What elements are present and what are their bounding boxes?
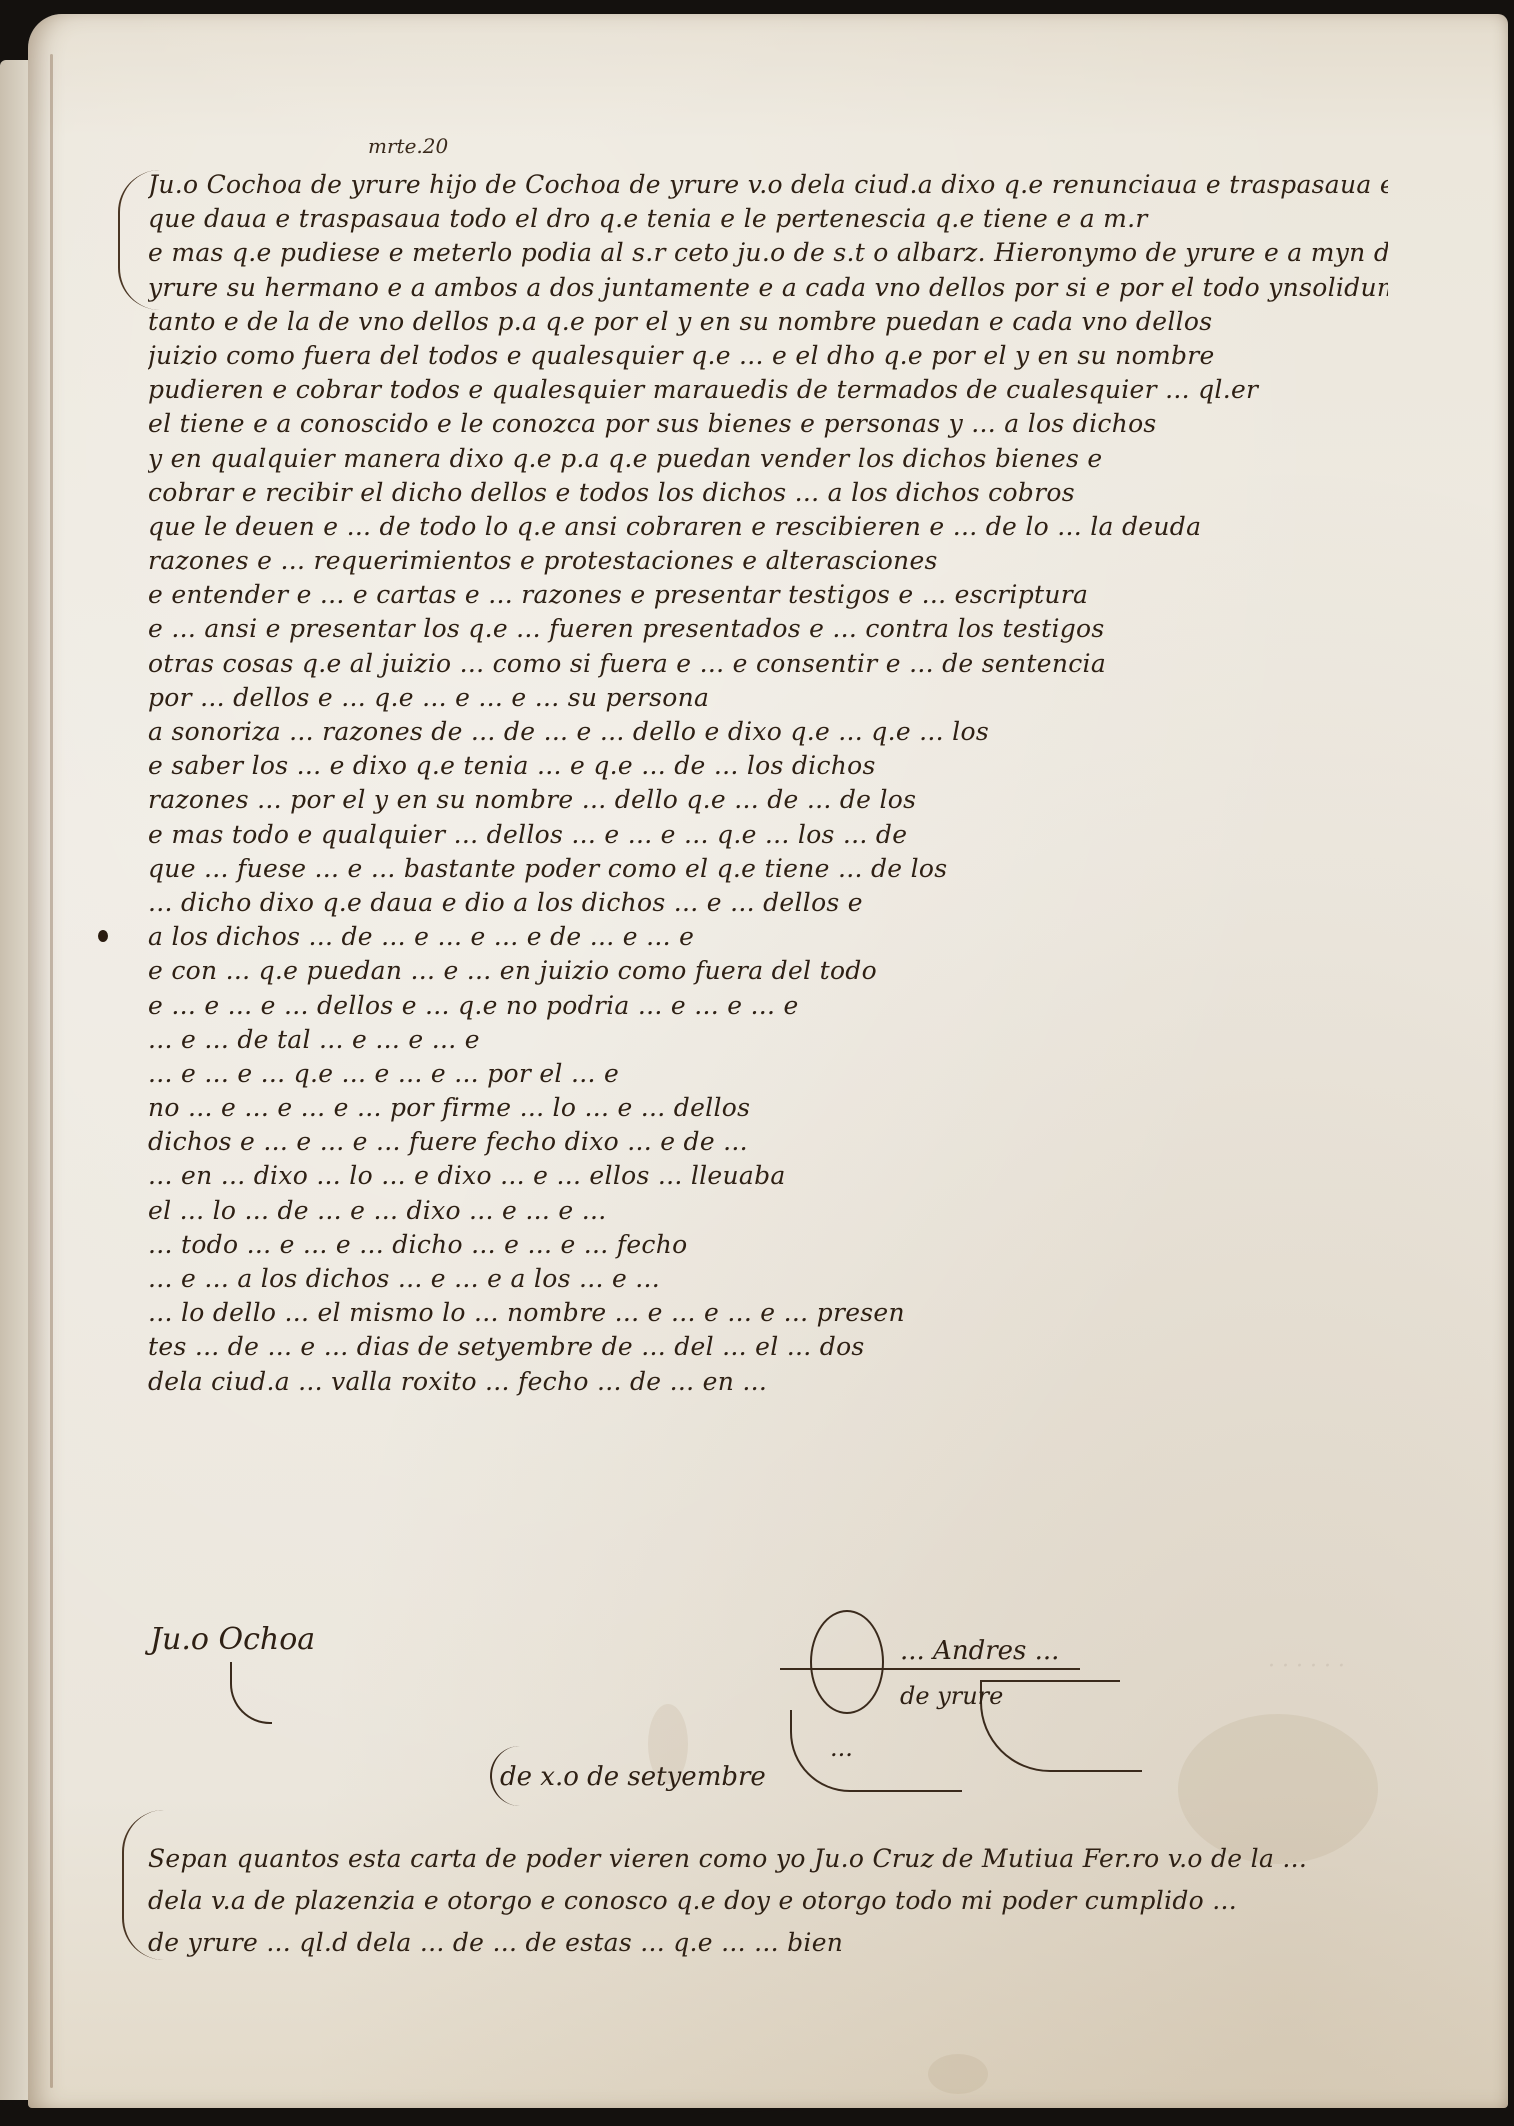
text-line: Sepan quantos esta carta de poder vieren… [148,1838,1388,1880]
text-line: tes ... de ... e ... dias de setyembre d… [148,1330,1388,1364]
text-line: dichos e ... e ... e ... fuere fecho dix… [148,1125,1388,1159]
text-line: el tiene e a conoscido e le conozca por … [148,407,1388,441]
text-line: pudieren e cobrar todos e qualesquier ma… [148,373,1388,407]
signature-right-line2: de yrure [900,1682,1003,1710]
text-line: ... e ... a los dichos ... e ... e a los… [148,1262,1388,1296]
signature-left: Ju.o Ochoa [150,1622,315,1657]
text-line: ... en ... dixo ... lo ... e dixo ... e … [148,1159,1388,1193]
closing-text-block: Sepan quantos esta carta de poder vieren… [148,1838,1388,1964]
text-line: a sonoriza ... razones de ... de ... e .… [148,715,1388,749]
text-line: razones e ... requerimientos e protestac… [148,544,1388,578]
text-line: Ju.o Cochoa de yrure hijo de Cochoa de y… [148,168,1388,202]
ink-blot [98,930,108,942]
date-heading-text: de x.o de setyembre [500,1762,766,1792]
text-line: e saber los ... e dixo q.e tenia ... e q… [148,749,1388,783]
text-line: dela ciud.a ... valla roxito ... fecho .… [148,1365,1388,1399]
text-line: yrure su hermano e a ambos a dos juntame… [148,271,1388,305]
signature-right-rubric: ... Andres ... de yrure ... [780,1600,1200,1800]
text-line: ... e ... de tal ... e ... e ... e [148,1023,1388,1057]
text-line: otras cosas q.e al juizio ... como si fu… [148,647,1388,681]
rubric-flourish [980,1680,1142,1772]
marginal-note: mrte.20 [368,134,448,158]
text-line: razones ... por el y en su nombre ... de… [148,783,1388,817]
signature-right-line1: ... Andres ... [900,1636,1059,1666]
text-line: por ... dellos e ... q.e ... e ... e ...… [148,681,1388,715]
text-line: ... e ... e ... q.e ... e ... e ... por … [148,1057,1388,1091]
signature-right-line3: ... [830,1734,853,1762]
text-line: e mas q.e pudiese e meterlo podia al s.r… [148,236,1388,270]
main-text-block: Ju.o Cochoa de yrure hijo de Cochoa de y… [148,168,1388,1399]
rubric-stroke [780,1668,1080,1670]
text-line: e mas todo e qualquier ... dellos ... e … [148,818,1388,852]
text-line: e entender e ... e cartas e ... razones … [148,578,1388,612]
text-line: que ... fuese ... e ... bastante poder c… [148,852,1388,886]
text-line: dela v.a de plazenzia e otorgo e conosco… [148,1880,1388,1922]
text-line: ... lo dello ... el mismo lo ... nombre … [148,1296,1388,1330]
text-line: e ... e ... e ... dellos e ... q.e no po… [148,989,1388,1023]
text-line: juizio como fuera del todos e qualesquie… [148,339,1388,373]
rubric-loop [810,1610,884,1714]
foxing-stain [928,2054,988,2094]
bleed-through-text: · · · · · · [1268,1654,1345,1679]
text-line: e con ... q.e puedan ... e ... en juizio… [148,954,1388,988]
text-line: tanto e de la de vno dellos p.a q.e por … [148,305,1388,339]
text-line: que le deuen e ... de todo lo q.e ansi c… [148,510,1388,544]
text-line: de yrure ... ql.d dela ... de ... de est… [148,1922,1388,1964]
text-line: el ... lo ... de ... e ... dixo ... e ..… [148,1194,1388,1228]
text-line: no ... e ... e ... e ... por firme ... l… [148,1091,1388,1125]
rubric-flourish [790,1710,962,1792]
text-line: y en qualquier manera dixo q.e p.a q.e p… [148,442,1388,476]
text-line: ... todo ... e ... e ... dicho ... e ...… [148,1228,1388,1262]
text-line: e ... ansi e presentar los q.e ... fuere… [148,612,1388,646]
text-line: cobrar e recibir el dicho dellos e todos… [148,476,1388,510]
signature-left-name: Ju.o Ochoa [150,1622,315,1657]
text-line: que daua e traspasaua todo el dro q.e te… [148,202,1388,236]
date-heading: de x.o de setyembre [500,1762,766,1792]
text-line: ... dicho dixo q.e daua e dio a los dich… [148,886,1388,920]
scan-background-bottom [700,2108,1514,2126]
text-line: a los dichos ... de ... e ... e ... e de… [148,920,1388,954]
